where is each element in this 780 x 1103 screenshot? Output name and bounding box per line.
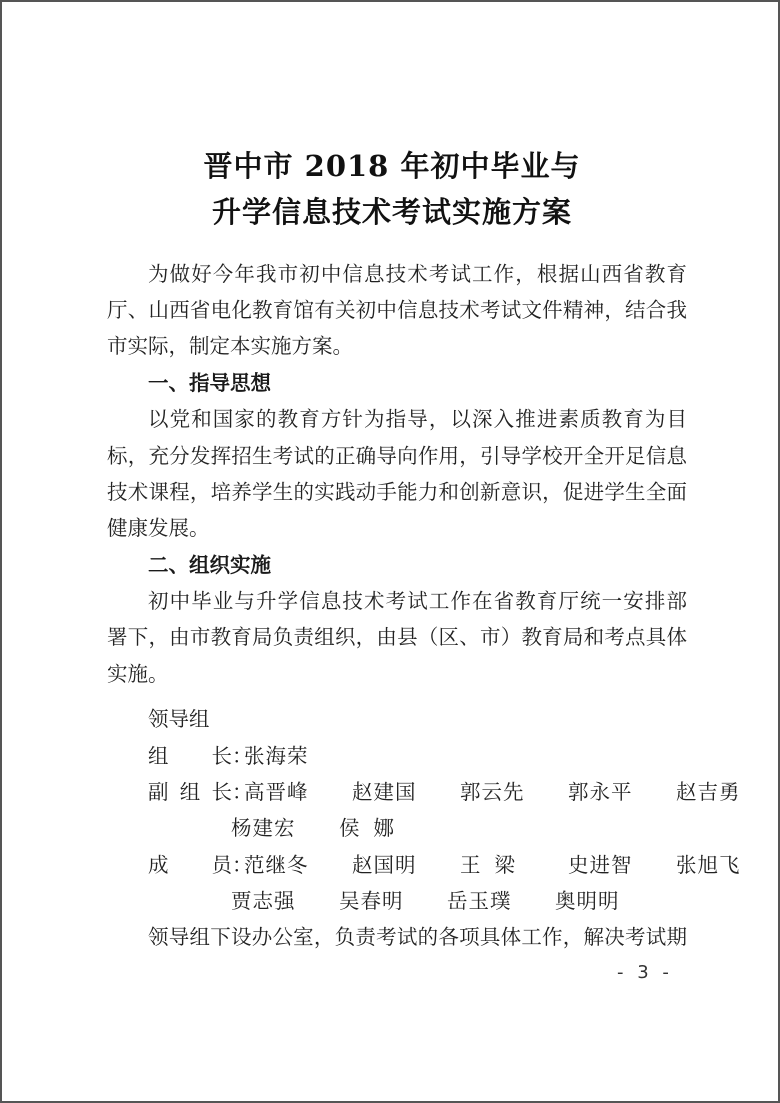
roster-row-deputy-leaders: 副组长 ： 高晋峰 赵建国 郭云先 郭永平 赵吉勇 xyxy=(148,778,780,806)
intro-paragraph-line: 厅、山西省电化教育馆有关初中信息技术考试文件精神，结合我 xyxy=(107,296,687,324)
intro-paragraph-line: 为做好今年我市初中信息技术考试工作，根据山西省教育 xyxy=(148,260,687,288)
roster-row-leader: 组长 ： 张海荣 xyxy=(148,742,352,770)
leadership-group-title: 领导组 xyxy=(148,705,210,733)
role-colon: ： xyxy=(232,778,244,806)
section-paragraph-line: 初中毕业与升学信息技术考试工作在省教育厅统一安排部 xyxy=(148,587,687,615)
leadership-group-label: 领导组 xyxy=(148,705,210,733)
document-title-line-1: 晋中市 2018 年初中毕业与 xyxy=(2,144,780,185)
page-number: - 3 - xyxy=(617,962,673,983)
person-name: 张旭飞 xyxy=(676,851,780,879)
deputy-leader-names: 高晋峰 赵建国 郭云先 郭永平 赵吉勇 xyxy=(244,778,780,806)
leader-names: 张海荣 xyxy=(244,742,352,770)
person-name: 郭云先 xyxy=(460,778,568,806)
section-paragraph-line: 实施。 xyxy=(107,660,687,688)
person-name: 王梁 xyxy=(460,851,568,879)
section-paragraph-line: 健康发展。 xyxy=(107,514,687,542)
role-label-members: 成员 xyxy=(148,851,232,879)
roster-row-deputy-leaders-continued: 杨建宏 侯娜 xyxy=(231,814,447,842)
section-paragraph-line: 标，充分发挥招生考试的正确导向作用，引导学校开全开足信息 xyxy=(107,442,687,470)
role-colon: ： xyxy=(232,742,244,770)
person-name: 赵吉勇 xyxy=(676,778,780,806)
intro-paragraph-line: 市实际，制定本实施方案。 xyxy=(107,332,687,360)
document-title-line-2: 升学信息技术考试实施方案 xyxy=(2,190,780,231)
person-name: 高晋峰 xyxy=(244,778,352,806)
section-paragraph-line: 以党和国家的教育方针为指导，以深入推进素质教育为目 xyxy=(148,405,687,433)
section-paragraph-line: 署下，由市教育局负责组织，由县（区、市）教育局和考点具体 xyxy=(107,623,687,651)
section-heading-organization: 二、组织实施 xyxy=(148,551,271,579)
office-paragraph-line: 领导组下设办公室，负责考试的各项具体工作，解决考试期 xyxy=(148,923,687,951)
member-names: 贾志强 吴春明 岳玉璞 奥明明 xyxy=(231,887,663,915)
role-label-leader: 组长 xyxy=(148,742,232,770)
role-label-deputy-leader: 副组长 xyxy=(148,778,232,806)
person-name: 杨建宏 xyxy=(231,814,339,842)
section-paragraph-line: 技术课程，培养学生的实践动手能力和创新意识，促进学生全面 xyxy=(107,478,687,506)
role-colon: ： xyxy=(232,851,244,879)
person-name: 吴春明 xyxy=(339,887,447,915)
section-heading-guiding-ideology: 一、指导思想 xyxy=(148,369,271,397)
person-name: 贾志强 xyxy=(231,887,339,915)
person-name: 史进智 xyxy=(568,851,676,879)
person-name: 赵国明 xyxy=(352,851,460,879)
person-name: 奥明明 xyxy=(555,887,663,915)
person-name: 范继冬 xyxy=(244,851,352,879)
person-name: 侯娜 xyxy=(339,814,447,842)
member-names: 范继冬 赵国明 王梁 史进智 张旭飞 xyxy=(244,851,780,879)
person-name: 郭永平 xyxy=(568,778,676,806)
person-name: 赵建国 xyxy=(352,778,460,806)
deputy-leader-names: 杨建宏 侯娜 xyxy=(231,814,447,842)
roster-row-members-continued: 贾志强 吴春明 岳玉璞 奥明明 xyxy=(231,887,663,915)
roster-row-members: 成员 ： 范继冬 赵国明 王梁 史进智 张旭飞 xyxy=(148,851,780,879)
document-page: 晋中市 2018 年初中毕业与 升学信息技术考试实施方案 为做好今年我市初中信息… xyxy=(0,0,780,1103)
person-name: 岳玉璞 xyxy=(447,887,555,915)
person-name: 张海荣 xyxy=(244,742,352,770)
